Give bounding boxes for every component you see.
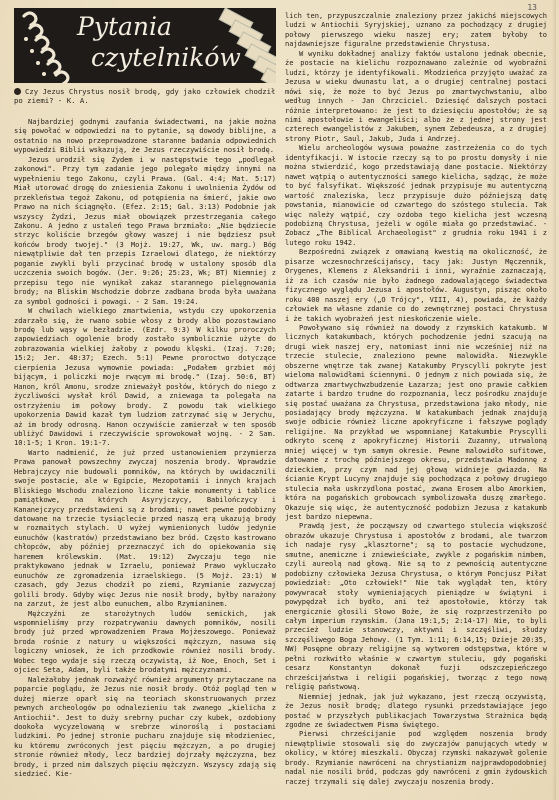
paragraph: Mężczyźni ze starożytnych ludów semickic… <box>14 609 276 675</box>
paragraph: Prawdą jest, że począwszy od czwartego s… <box>285 521 547 691</box>
paragraph-continued: lich ten, przypuszczalnie znaleziony prz… <box>285 11 547 49</box>
paragraph: Pierwsi chrześcijanie pod względem nosze… <box>285 729 547 786</box>
paragraph: Wielu archeologów wysuwa poważne zastrze… <box>285 143 547 247</box>
question-text: Czy Jezus Chrystus nosił brodę, gdy jako… <box>14 87 275 105</box>
letter-cards-icon <box>214 12 276 83</box>
paragraph: W wyniku dokładnej analizy faktów ustalo… <box>285 49 547 144</box>
reader-question: Czy Jezus Chrystus nosił brodę, gdy jako… <box>14 87 276 106</box>
paragraph: Niemniej jednak, jak już wykazano, jest … <box>285 692 547 730</box>
magazine-page: 13 Pytania czytelników <box>0 0 559 800</box>
left-column: Najbardziej godnymi zaufania świadectwam… <box>14 117 276 779</box>
bullet-icon <box>14 88 21 95</box>
section-banner: Pytania czytelników <box>14 8 276 83</box>
page-fold-shadow <box>552 0 556 800</box>
right-column: lich ten, przypuszczalnie znaleziony prz… <box>285 11 547 786</box>
paragraph: Należałoby jednak rozważyć również argum… <box>14 675 276 779</box>
paragraph: Bezpośredni związek z omawianą kwestią m… <box>285 247 547 323</box>
paragraph: Najbardziej godnymi zaufania świadectwam… <box>14 117 276 155</box>
paragraph: Warto nadmienić, że już przed ustanowien… <box>14 448 276 609</box>
paragraph: W chwilach wielkiego zmartwienia, wstydu… <box>14 306 276 448</box>
paragraph: Powoływano się również na dowody z rzyms… <box>285 323 547 522</box>
paragraph: Jezus urodził się Żydem i w następstwie … <box>14 155 276 306</box>
